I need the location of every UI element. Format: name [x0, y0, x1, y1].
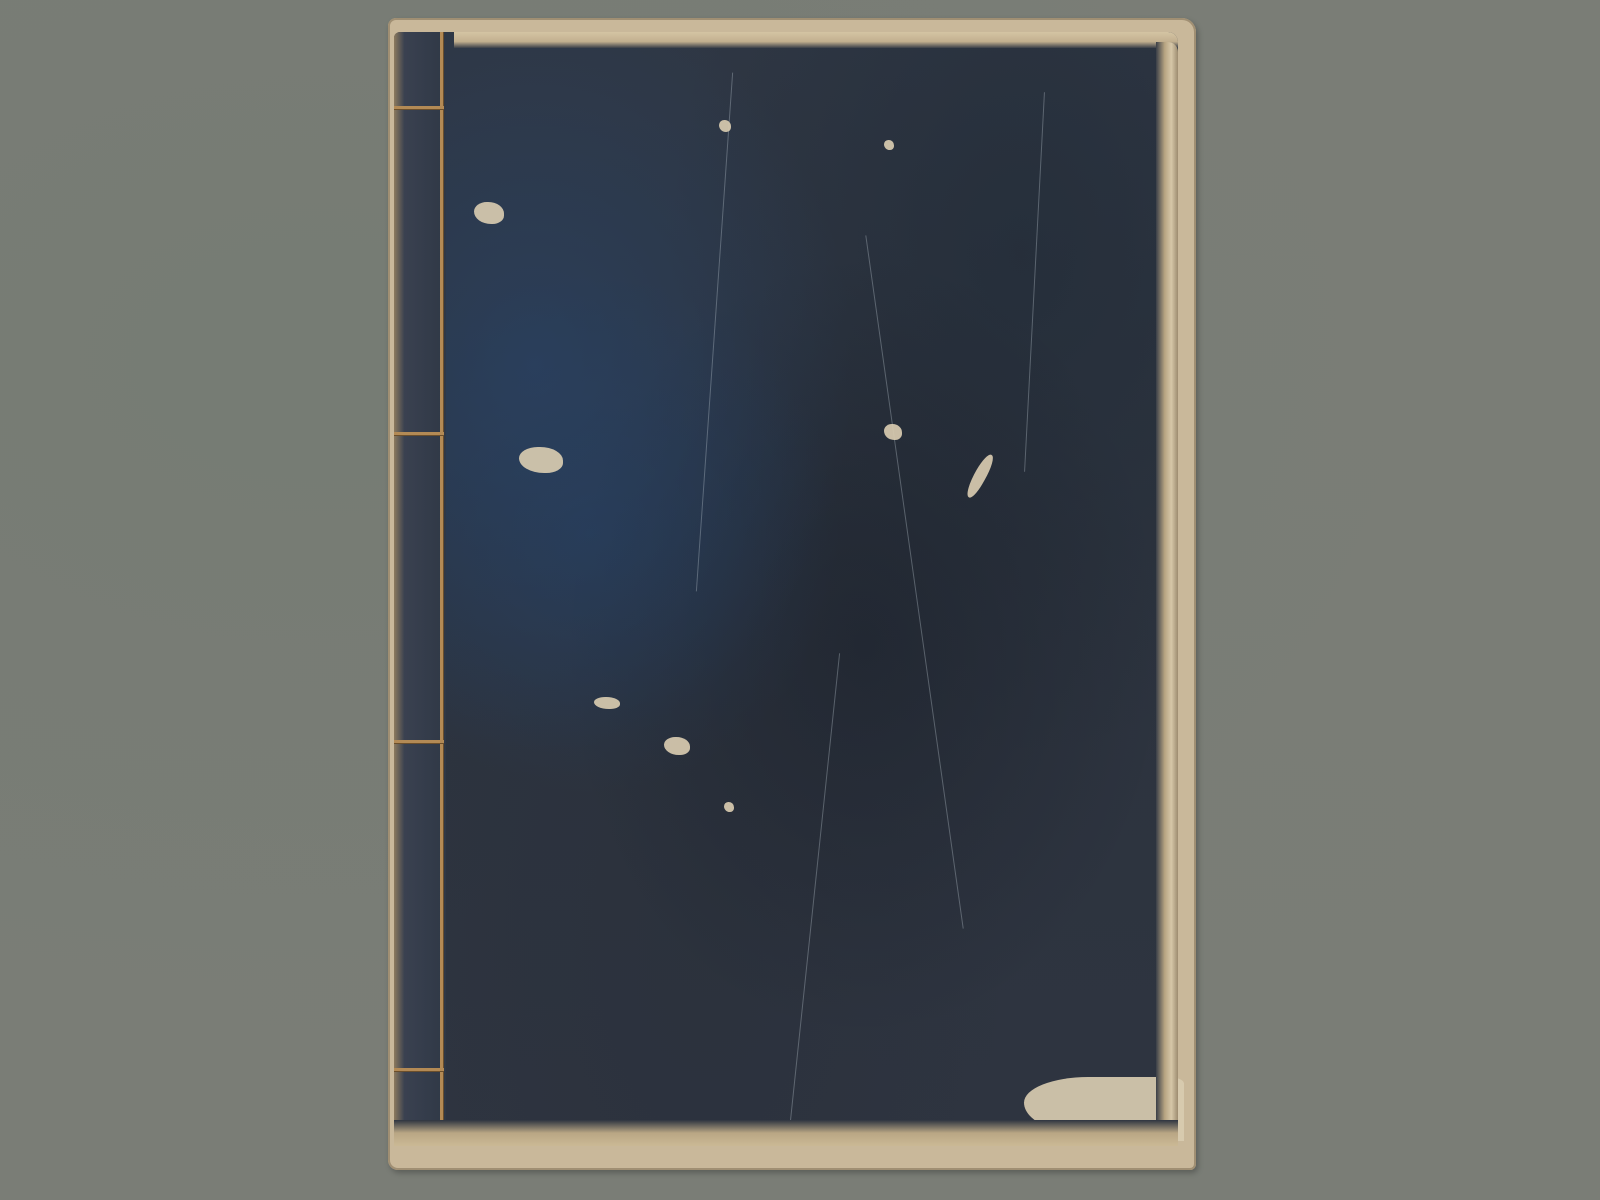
book [388, 18, 1196, 1170]
frayed-bottom-edge [394, 1120, 1178, 1146]
paper-loss [724, 802, 734, 812]
paper-loss [884, 140, 894, 150]
binding-stitch [394, 106, 444, 109]
binding-stitch [394, 740, 444, 743]
binding-stitch [394, 432, 444, 435]
frayed-right-edge [1156, 42, 1178, 1136]
book-cover [394, 32, 1178, 1146]
cover-crack [696, 73, 733, 592]
paper-loss [519, 447, 563, 473]
paper-loss [963, 452, 997, 500]
paper-loss [719, 120, 731, 132]
paper-loss [594, 697, 620, 709]
cover-crack [789, 653, 840, 1130]
paper-loss [664, 737, 690, 755]
binding-stitch [394, 1068, 444, 1071]
paper-loss [474, 202, 504, 224]
binding-thread [440, 32, 443, 1146]
paper-loss [884, 424, 902, 440]
frayed-top-edge [454, 32, 1178, 48]
spine-strip [394, 32, 446, 1146]
cover-crack [865, 235, 963, 928]
cover-crack [1024, 92, 1045, 472]
